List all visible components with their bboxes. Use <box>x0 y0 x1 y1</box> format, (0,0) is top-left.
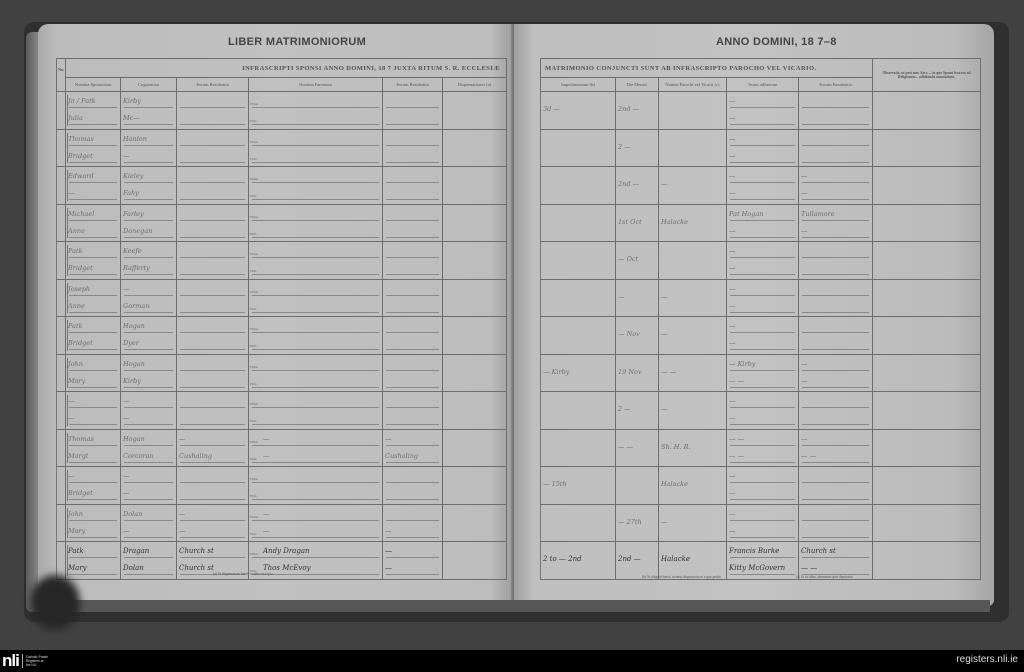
ruled-line <box>124 107 173 108</box>
ruled-line <box>730 312 795 313</box>
bride-name: Mary <box>68 377 85 385</box>
ruled-lines <box>252 317 379 354</box>
ruled-line <box>252 145 379 146</box>
bride-residence: Cushaling <box>179 452 212 460</box>
impediment-cell <box>541 317 616 355</box>
register-entry: — 27th——— <box>541 504 981 542</box>
witness-2: — <box>729 264 736 272</box>
ruled-line <box>69 370 117 371</box>
ruled-line <box>386 574 439 575</box>
priest-cell: — <box>659 317 727 355</box>
ruled-line <box>69 124 117 125</box>
ruled-line <box>69 107 117 108</box>
ruled-line <box>802 199 869 200</box>
witness-1: — <box>729 472 736 480</box>
priest-cell: — <box>659 504 727 542</box>
dispensation-cell <box>443 279 507 317</box>
bride-surname: Dyer <box>123 339 139 347</box>
bride-surname: Fahy <box>123 189 139 197</box>
ruled-lines <box>730 167 795 204</box>
filia-label: Filia <box>250 457 256 461</box>
bride-name: Bridget <box>68 152 93 160</box>
residence-cell <box>177 354 249 392</box>
witness-2: — <box>729 414 736 422</box>
ruled-line <box>69 199 117 200</box>
filia-label: Filia <box>250 494 256 498</box>
ruled-lines <box>180 167 245 204</box>
groom-name: Joseph <box>68 285 90 293</box>
ruled-lines <box>252 392 379 429</box>
ruled-line <box>386 107 439 108</box>
groom-name: John <box>68 510 83 518</box>
witness-residence-cell: Church st— — <box>799 542 873 580</box>
filius-label: Filius <box>250 365 258 369</box>
ruled-lines <box>252 130 379 167</box>
surnames-cell: DraganDolan <box>121 542 177 580</box>
column-header: Impedimentum (b) <box>541 78 616 92</box>
bride-name: Margt <box>68 452 88 460</box>
entry-number-cell <box>57 129 66 167</box>
witness-residence-1: — <box>801 360 808 368</box>
ruled-line <box>802 295 869 296</box>
witness-2: — <box>729 302 736 310</box>
witness-1: — <box>729 510 736 518</box>
ruled-lines <box>180 430 245 467</box>
dispensation-cell <box>443 392 507 430</box>
priest-name: Halacke <box>661 480 688 488</box>
witness-residence-cell: —— — <box>799 429 873 467</box>
register-table-left: No. INFRASCRIPTI SPONSI ANNO DOMINI, 18 … <box>56 58 507 580</box>
ruled-line <box>124 124 173 125</box>
ruled-lines <box>386 542 439 579</box>
ruled-lines <box>802 242 869 279</box>
impediment-cell <box>541 204 616 242</box>
groom-surname: Kirby <box>123 97 141 105</box>
ruled-lines <box>730 392 795 429</box>
ruled-line <box>124 537 173 538</box>
bride-residence: Church st <box>179 564 214 572</box>
bride-surname: Rafferty <box>123 264 150 272</box>
ruled-lines <box>252 467 379 504</box>
bride-name: Mary <box>68 527 85 535</box>
witness-2: — — <box>729 377 744 385</box>
entry-number-cell <box>57 354 66 392</box>
observation-cell <box>873 204 981 242</box>
groom-surname: — <box>123 397 130 405</box>
marriage-date: 19 Nov <box>618 368 642 376</box>
parents-cell: FiliusFilia <box>249 279 383 317</box>
thumb-shadow <box>30 575 80 630</box>
entry-number-cell <box>57 92 66 130</box>
site-link[interactable]: registers.nli.ie <box>956 654 1018 665</box>
residence-cell: —— <box>177 504 249 542</box>
ruled-line <box>180 145 245 146</box>
impediment-value: — 15th <box>543 480 567 488</box>
filia-label: Filia <box>250 269 256 273</box>
filius-label: Filius <box>250 215 258 219</box>
surnames-cell: —Gorman <box>121 279 177 317</box>
parents-residence-cell <box>383 92 443 130</box>
ruled-line <box>252 462 379 463</box>
ruled-lines <box>386 130 439 167</box>
ruled-line <box>180 182 245 183</box>
observation-cell <box>873 92 981 130</box>
witness-1: — — <box>729 435 744 443</box>
footer-bar: nli Catholic Parish Registers at the NLI… <box>0 650 1024 672</box>
ruled-line <box>386 370 439 371</box>
parents-cell: FiliusFilia <box>249 467 383 505</box>
groom-surname: Farley <box>123 210 144 218</box>
ruled-line <box>252 482 379 483</box>
priest-cell: Sh. H. R. <box>659 429 727 467</box>
register-entry: JohnMaryDolan———FiliusFilia——— <box>57 504 507 542</box>
ruled-line <box>386 237 439 238</box>
ruled-lines <box>386 505 439 542</box>
ruled-line <box>252 162 379 163</box>
ruled-lines <box>180 355 245 392</box>
priest-name: Sh. H. R. <box>661 443 691 451</box>
parents-residence-cell: —Cushaling <box>383 429 443 467</box>
register-entry: Edward—KieleyFahyFiliusFilia <box>57 167 507 205</box>
groom-name: Michael <box>68 210 94 218</box>
ruled-line <box>124 274 173 275</box>
parents-residence-cell <box>383 129 443 167</box>
ruled-line <box>802 520 869 521</box>
ruled-line <box>386 557 439 558</box>
ruled-line <box>124 387 173 388</box>
names-cell: ThomasBridget <box>66 129 121 167</box>
ruled-line <box>69 220 117 221</box>
ruled-line <box>180 257 245 258</box>
ruled-lines <box>730 242 795 279</box>
impediment-cell: — 15th <box>541 467 616 505</box>
nli-logo[interactable]: nli Catholic Parish Registers at the NLI <box>2 653 48 669</box>
ruled-line <box>386 162 439 163</box>
ruled-lines <box>386 92 439 129</box>
ruled-line <box>252 407 379 408</box>
ruled-lines <box>124 392 173 429</box>
residence-cell: —Cushaling <box>177 429 249 467</box>
marriage-date: 2 — <box>618 405 631 413</box>
ruled-line <box>69 145 117 146</box>
surnames-cell: —— <box>121 467 177 505</box>
dispensation-cell <box>443 317 507 355</box>
ruled-line <box>69 312 117 313</box>
ruled-line <box>386 332 439 333</box>
ruled-line <box>252 312 379 313</box>
date-cell: 2 — <box>616 129 659 167</box>
ruled-line <box>802 124 869 125</box>
bride-surname: — <box>123 527 130 535</box>
witness-residence-cell <box>799 242 873 280</box>
ruled-line <box>386 537 439 538</box>
ruled-line <box>252 124 379 125</box>
ruled-line <box>69 574 117 575</box>
names-cell: PatkBridget <box>66 242 121 280</box>
priest-cell: Halacke <box>659 542 727 580</box>
parents-residence-b: — <box>385 564 392 572</box>
ruled-line <box>124 182 173 183</box>
priest-name: — <box>661 180 668 188</box>
ruled-lines <box>802 467 869 504</box>
ruled-line <box>730 295 795 296</box>
witnesses-cell: — Kirby— — <box>727 354 799 392</box>
column-header: Eorum Residentia <box>177 78 249 92</box>
ruled-line <box>180 370 245 371</box>
ruled-line <box>69 482 117 483</box>
witness-1: — <box>729 97 736 105</box>
ruled-line <box>730 370 795 371</box>
bride-surname: — <box>123 152 130 160</box>
observation-cell <box>873 354 981 392</box>
witness-residence-cell <box>799 467 873 505</box>
witnesses-cell: —— <box>727 167 799 205</box>
observation-cell <box>873 504 981 542</box>
column-header: Eorum Residentia <box>383 78 443 92</box>
witness-1: — <box>729 322 736 330</box>
witness-1: — <box>729 397 736 405</box>
filia-label: Filia <box>250 194 256 198</box>
ruled-line <box>252 257 379 258</box>
witnesses-cell: —— <box>727 317 799 355</box>
bride-name: Bridget <box>68 489 93 497</box>
column-header: Nomen Parochi vel Vicarii (c) <box>659 78 727 92</box>
ruled-line <box>180 499 245 500</box>
register-entry: 2nd —————— <box>541 167 981 205</box>
ruled-line <box>252 557 379 558</box>
groom-parents: — <box>263 435 270 443</box>
ruled-line <box>180 124 245 125</box>
date-cell: — Nov <box>616 317 659 355</box>
impediment-value: 3d — <box>543 105 560 113</box>
bride-surname: Corcoran <box>123 452 154 460</box>
witness-residence-cell <box>799 317 873 355</box>
impediment-cell <box>541 429 616 467</box>
ruled-lines <box>730 467 795 504</box>
ruled-line <box>802 145 869 146</box>
ruled-line <box>802 220 869 221</box>
ruled-line <box>730 182 795 183</box>
parents-residence-cell <box>383 279 443 317</box>
ruled-line <box>802 370 869 371</box>
nli-logo-mark: nli <box>2 653 19 669</box>
ruled-lines <box>252 92 379 129</box>
ruled-lines <box>802 317 869 354</box>
ruled-line <box>124 295 173 296</box>
ruled-line <box>386 220 439 221</box>
ruled-lines <box>124 467 173 504</box>
ruled-line <box>802 387 869 388</box>
date-cell: 2 — <box>616 392 659 430</box>
parents-cell: FiliusFilia <box>249 392 383 430</box>
ruled-line <box>69 182 117 183</box>
column-header: Eorum Residentia <box>799 78 873 92</box>
ruled-line <box>252 220 379 221</box>
names-cell: PatkBridget <box>66 317 121 355</box>
ruled-lines <box>252 205 379 242</box>
register-entry: 2 to — 2nd2nd —HalackeFrancis BurkeKitty… <box>541 542 981 580</box>
ruled-line <box>730 257 795 258</box>
filia-label: Filia <box>250 344 256 348</box>
ruled-line <box>386 499 439 500</box>
residence-cell <box>177 167 249 205</box>
filius-label: Filius <box>250 252 258 256</box>
ruled-line <box>180 520 245 521</box>
ruled-lines <box>252 280 379 317</box>
register-entry: — Kirby19 Nov— —— Kirby— ——— <box>541 354 981 392</box>
priest-name: — <box>661 293 668 301</box>
ruled-line <box>124 499 173 500</box>
priest-name: — <box>661 518 668 526</box>
ruled-line <box>69 257 117 258</box>
ruled-lines <box>180 317 245 354</box>
ruled-line <box>124 199 173 200</box>
ruled-lines <box>730 317 795 354</box>
priest-name: Halacke <box>661 218 688 226</box>
ruled-line <box>730 557 795 558</box>
filia-label: Filia <box>250 157 256 161</box>
groom-name: Patk <box>68 547 84 555</box>
priest-cell <box>659 242 727 280</box>
ruled-lines <box>386 355 439 392</box>
ruled-line <box>69 387 117 388</box>
ruled-line <box>252 182 379 183</box>
ruled-lines <box>180 242 245 279</box>
register-entry: — Oct—— <box>541 242 981 280</box>
witnesses-cell: —— <box>727 92 799 130</box>
ruled-lines <box>802 392 869 429</box>
ruled-line <box>124 162 173 163</box>
dispensation-cell <box>443 92 507 130</box>
filius-label: Filius <box>250 327 258 331</box>
header-line-left: INFRASCRIPTI SPONSI ANNO DOMINI, 18 7 JU… <box>66 59 507 78</box>
column-header-observatio: Observatio, ut post ann. Sacr. ... in qu… <box>873 59 981 92</box>
parents-cell: FiliusFilia <box>249 354 383 392</box>
ruled-line <box>730 199 795 200</box>
register-entry: PatkBridgetHoganDyerFiliusFilia <box>57 317 507 355</box>
ruled-line <box>69 407 117 408</box>
witness-residence-2: — <box>801 377 808 385</box>
ruled-line <box>69 349 117 350</box>
ruled-line <box>252 274 379 275</box>
right-page: ANNO DOMINI, 18 7–8 MATRIMONIO CONJUNCTI… <box>514 24 994 606</box>
ruled-line <box>124 520 173 521</box>
marriage-date: — <box>618 293 625 301</box>
ruled-line <box>180 482 245 483</box>
ruled-lines <box>180 280 245 317</box>
ruled-line <box>180 445 245 446</box>
ruled-line <box>252 199 379 200</box>
priest-name: — <box>661 330 668 338</box>
impediment-cell: — Kirby <box>541 354 616 392</box>
ruled-lines <box>802 505 869 542</box>
parents-residence-cell: —— <box>383 542 443 580</box>
ruled-line <box>730 537 795 538</box>
dispensation-cell <box>443 429 507 467</box>
date-cell: — — <box>616 429 659 467</box>
ruled-lines <box>180 205 245 242</box>
dispensation-cell <box>443 204 507 242</box>
parents-residence-cell <box>383 204 443 242</box>
ruled-lines <box>386 317 439 354</box>
ruled-lines <box>730 92 795 129</box>
ruled-line <box>180 332 245 333</box>
witnesses-cell: —— <box>727 392 799 430</box>
ruled-line <box>386 387 439 388</box>
impediment-value: 2 to — 2nd <box>543 555 582 563</box>
witness-2: — <box>729 489 736 497</box>
entry-number-cell <box>57 204 66 242</box>
ruled-line <box>802 274 869 275</box>
ruled-line <box>124 145 173 146</box>
parents-residence-b: — <box>385 527 392 535</box>
witness-residence-cell <box>799 129 873 167</box>
register-entry: — Nov——— <box>541 317 981 355</box>
ruled-line <box>124 424 173 425</box>
ruled-line <box>124 462 173 463</box>
ruled-line <box>252 295 379 296</box>
witness-residence-cell: —— <box>799 167 873 205</box>
ruled-lines <box>802 130 869 167</box>
ruled-line <box>802 237 869 238</box>
register-entry: JohnMaryHoganKirbyFiliusFilia <box>57 354 507 392</box>
impediment-cell <box>541 504 616 542</box>
witness-2: — — <box>729 452 744 460</box>
ruled-line <box>124 370 173 371</box>
names-cell: JosephAnne <box>66 279 121 317</box>
witness-residence-2: — <box>801 189 808 197</box>
witness-1: — <box>729 172 736 180</box>
ruled-lines <box>180 130 245 167</box>
register-entry: ThomasMargtHoganCorcoran—CushalingFilius… <box>57 429 507 467</box>
names-cell: —Bridget <box>66 467 121 505</box>
ruled-line <box>180 107 245 108</box>
ruled-line <box>69 424 117 425</box>
surnames-cell: HoganCorcoran <box>121 429 177 467</box>
date-cell: 2nd — <box>616 167 659 205</box>
priest-cell: Halacke <box>659 467 727 505</box>
ruled-line <box>730 407 795 408</box>
witness-residence-cell <box>799 92 873 130</box>
footnote-c: (c) Si sit alius, denotetur quis deputat… <box>796 575 853 579</box>
column-header: Nomina Sponsorum <box>66 78 121 92</box>
ruled-line <box>124 407 173 408</box>
witness-residence-1: — <box>801 435 808 443</box>
witnesses-cell: —— <box>727 129 799 167</box>
witness-residence-cell <box>799 392 873 430</box>
residence-cell <box>177 467 249 505</box>
priest-cell: Halacke <box>659 204 727 242</box>
ruled-line <box>124 482 173 483</box>
witness-2: — <box>729 152 736 160</box>
ruled-lines <box>386 205 439 242</box>
date-cell: 19 Nov <box>616 354 659 392</box>
dispensation-cell <box>443 467 507 505</box>
ruled-lines <box>802 167 869 204</box>
witness-1: — <box>729 285 736 293</box>
ruled-line <box>180 557 245 558</box>
witness-1: — <box>729 247 736 255</box>
parents-cell: FiliusFilia <box>249 317 383 355</box>
witness-residence-2: — — <box>801 564 817 572</box>
marriage-date: 2nd — <box>618 555 641 563</box>
parents-cell: FiliusFilia—— <box>249 504 383 542</box>
ruled-line <box>124 445 173 446</box>
groom-surname: Hogan <box>123 435 145 443</box>
observation-cell <box>873 392 981 430</box>
ruled-line <box>802 407 869 408</box>
ruled-line <box>180 237 245 238</box>
